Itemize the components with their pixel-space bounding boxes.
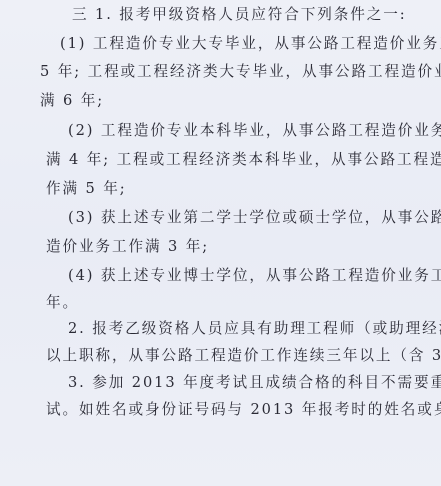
text-line-14: 3. 参加 2013 年度考试且成绩合格的科目不需要重新参加考 <box>68 374 441 392</box>
text-line-13: 以上职称，从事公路工程造价工作连续三年以上（含 3 年）。 <box>46 347 441 365</box>
text-line-6: 满 4 年; 工程或工程经济类本科毕业，从事公路工程造价业务工 <box>46 151 441 169</box>
text-line-3: 5 年; 工程或工程经济类大专毕业，从事公路工程造价业务工作 <box>40 63 441 81</box>
text-line-8: (3) 获上述专业第二学士学位或硕士学位，从事公路工程 <box>68 209 441 227</box>
document-page: 三 1. 报考甲级资格人员应符合下列条件之一: (1) 工程造价专业大专毕业，从… <box>0 0 441 486</box>
text-line-2: (1) 工程造价专业大专毕业，从事公路工程造价业务工作满 <box>60 35 441 53</box>
text-line-15: 试。如姓名或身份证号码与 2013 年报考时的姓名或身份证号码 <box>46 401 441 419</box>
text-line-10: (4) 获上述专业博士学位，从事公路工程造价业务工作满 2 <box>68 267 441 285</box>
text-line-5: (2) 工程造价专业本科毕业，从事公路工程造价业务工作 <box>68 122 441 140</box>
text-line-9: 造价业务工作满 3 年; <box>46 238 209 256</box>
text-line-11: 年。 <box>46 294 79 312</box>
heading-line-1: 三 1. 报考甲级资格人员应符合下列条件之一: <box>72 6 407 24</box>
text-line-4: 满 6 年; <box>40 92 104 110</box>
text-line-12: 2. 报考乙级资格人员应具有助理工程师（或助理经济师）及 <box>68 320 441 338</box>
text-line-7: 作满 5 年; <box>46 180 127 198</box>
